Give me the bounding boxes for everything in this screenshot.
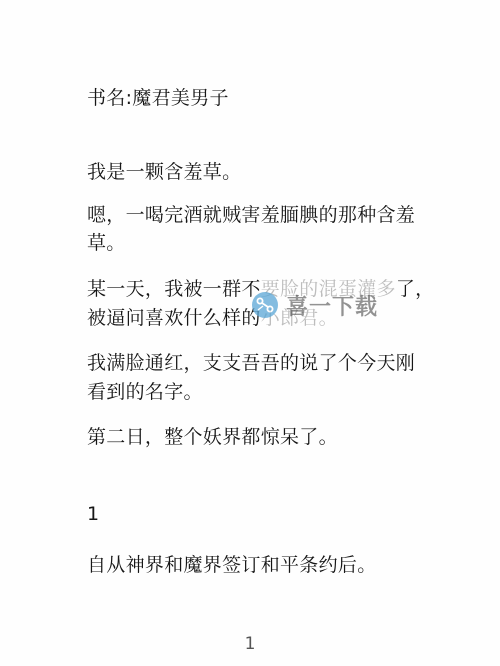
document-page: 书名:魔君美男子 我是一颗含羞草。 嗯，一喝完酒就贼害羞腼腆的那种含羞 草。 某… — [0, 0, 500, 666]
book-title: 书名:魔君美男子 — [87, 84, 229, 112]
paragraph-line: 某一天，我被一群不要脸的混蛋灌多了， — [87, 275, 434, 303]
text-segment: 某一天，我被一群不 — [87, 278, 261, 300]
paragraph-line: 第二日，整个妖界都惊呆了。 — [87, 423, 338, 451]
paragraph-line: 看到的名字。 — [87, 378, 203, 406]
text-segment: 了， — [396, 278, 435, 300]
paragraph-line: 被逼问喜欢什么样的小郎君。 — [87, 304, 338, 332]
paragraph-line: 嗯，一喝完酒就贼害羞腼腆的那种含羞 — [87, 201, 415, 229]
paragraph-line: 我是一颗含羞草。 — [87, 158, 241, 186]
chapter-number: 1 — [87, 500, 99, 528]
paragraph-line: 我满脸通红，支支吾吾的说了个今天刚 — [87, 349, 415, 377]
paragraph-line: 草。 — [87, 229, 126, 257]
text-segment-under-watermark: 要脸的混蛋灌多 — [261, 278, 396, 300]
text-segment-under-watermark: 小郎君。 — [261, 307, 338, 329]
chapter-first-line: 自从神界和魔界签订和平条约后。 — [87, 551, 377, 579]
text-segment: 被逼问喜欢什么样的 — [87, 307, 261, 329]
page-number: 1 — [0, 634, 500, 654]
